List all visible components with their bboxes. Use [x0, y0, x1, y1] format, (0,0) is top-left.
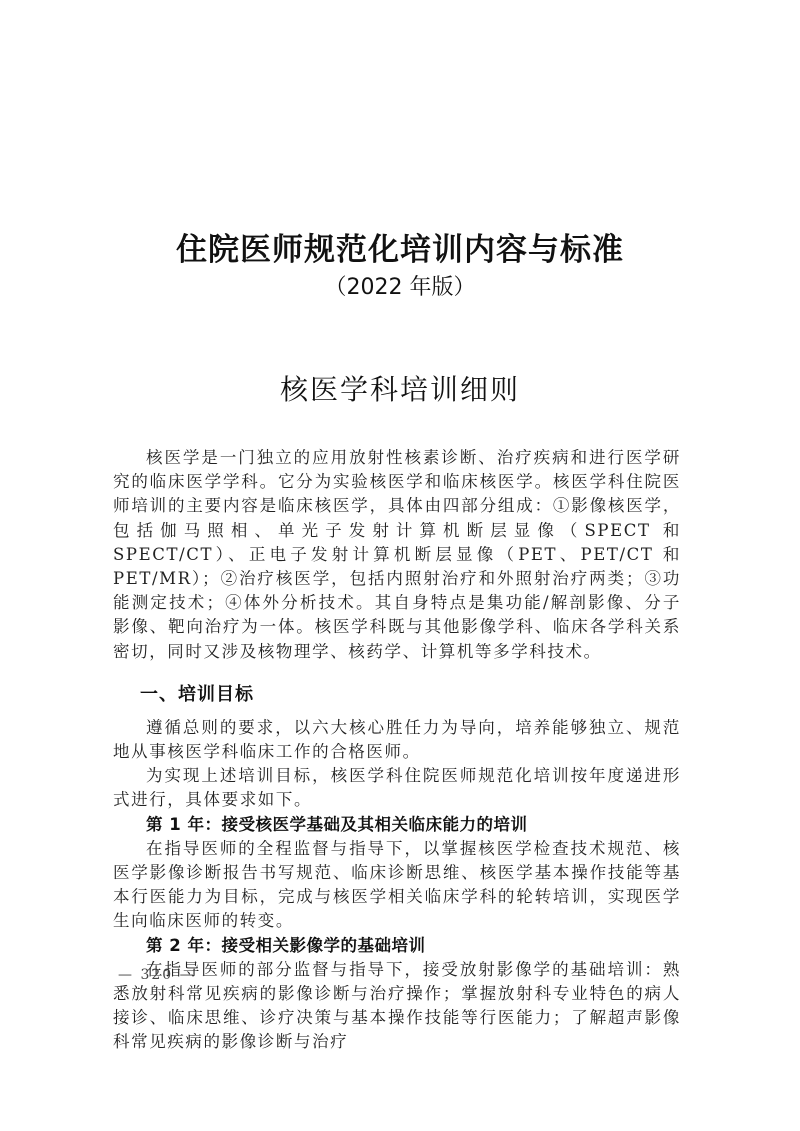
edition-label: （2022 年版）: [0, 270, 800, 301]
spacer: [113, 664, 681, 676]
year1-heading: 第 1 年：接受核医学基础及其相关临床能力的培训: [113, 813, 681, 837]
document-subtitle: 核医学科培训细则: [0, 368, 800, 408]
year2-paragraph: 在指导医师的部分监督与指导下，接受放射影像学的基础培训：熟悉放射科常见疾病的影像…: [113, 958, 681, 1055]
page-number: — 320 —: [118, 967, 196, 983]
document-body: 核医学是一门独立的应用放射性核素诊断、治疗疾病和进行医学研究的临床医学学科。它分…: [113, 446, 681, 1055]
year1-paragraph: 在指导医师的全程监督与指导下，以掌握核医学检查技术规范、核医学影像诊断报告书写规…: [113, 837, 681, 934]
document-page: 住院医师规范化培训内容与标准 （2022 年版） 核医学科培训细则 核医学是一门…: [0, 0, 800, 1131]
goals-paragraph-2: 为实现上述培训目标，核医学科住院医师规范化培训按年度递进形式进行，具体要求如下。: [113, 764, 681, 812]
document-title: 住院医师规范化培训内容与标准: [0, 224, 800, 269]
year2-heading: 第 2 年：接受相关影像学的基础培训: [113, 934, 681, 958]
goals-paragraph-1: 遵循总则的要求，以六大核心胜任力为导向，培养能够独立、规范地从事核医学科临床工作…: [113, 716, 681, 764]
section-heading-training-goals: 一、培训目标: [113, 682, 681, 708]
intro-paragraph: 核医学是一门独立的应用放射性核素诊断、治疗疾病和进行医学研究的临床医学学科。它分…: [113, 446, 681, 664]
